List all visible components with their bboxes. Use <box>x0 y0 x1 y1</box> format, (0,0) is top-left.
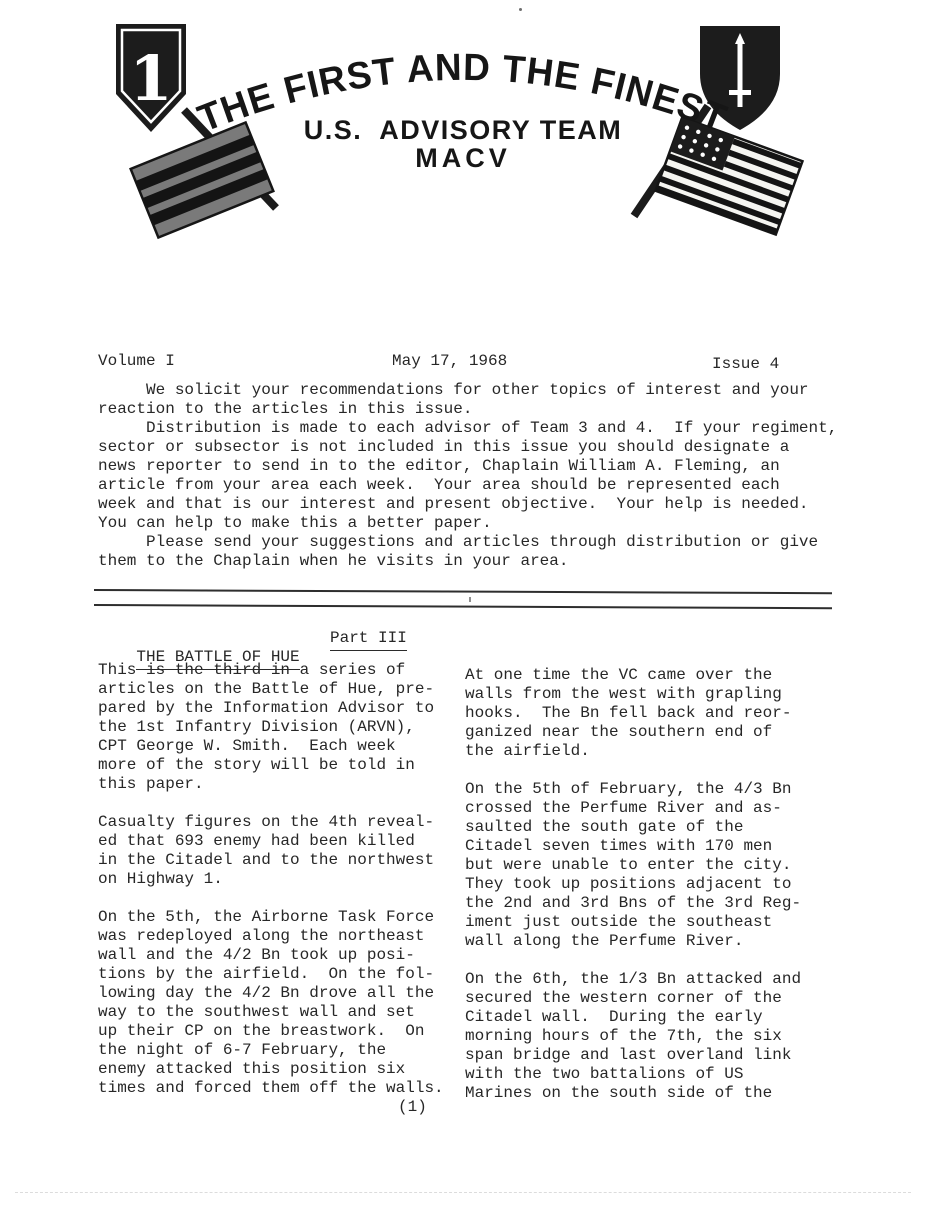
masthead-macv-line: MACV <box>415 143 511 173</box>
scan-bottom-marks <box>15 1192 911 1193</box>
article-right-column: At one time the VC came over the walls f… <box>465 666 837 1122</box>
body-paragraph: At one time the VC came over the walls f… <box>465 666 837 761</box>
patch-numeral: 1 <box>129 42 172 115</box>
divider-rule <box>94 589 832 594</box>
body-paragraph: Casualty figures on the 4th reveal- ed t… <box>98 813 460 889</box>
issue-date: May 17, 1968 <box>392 352 507 371</box>
divider-rule <box>94 604 832 609</box>
scan-speck <box>469 597 471 602</box>
article-left-column: This is the third in a series of article… <box>98 661 460 1117</box>
body-paragraph: This is the third in a series of article… <box>98 661 460 794</box>
body-paragraph: On the 5th of February, the 4/3 Bn cross… <box>465 780 837 951</box>
volume-label: Volume I <box>98 352 175 371</box>
body-paragraph: On the 5th, the Airborne Task Force was … <box>98 908 460 1098</box>
scan-speck <box>519 8 522 11</box>
body-paragraph: On the 6th, the 1/3 Bn attacked and secu… <box>465 970 837 1103</box>
newsletter-page: 1 <box>0 0 926 1210</box>
first-infantry-division-patch-icon: 1 <box>116 24 186 132</box>
masthead-team-line: U.S. ADVISORY TEAM <box>304 115 623 145</box>
intro-paragraph: Distribution is made to each advisor of … <box>98 419 837 533</box>
issue-number: Issue 4 <box>712 355 779 374</box>
article-part-label: Part III <box>330 629 407 651</box>
masthead-artwork: 1 <box>0 0 926 250</box>
intro-paragraph: Please send your suggestions and article… <box>98 533 837 571</box>
page-number: (1) <box>398 1098 427 1117</box>
intro-paragraph: We solicit your recommendations for othe… <box>98 381 837 419</box>
editorial-intro: We solicit your recommendations for othe… <box>98 381 837 571</box>
